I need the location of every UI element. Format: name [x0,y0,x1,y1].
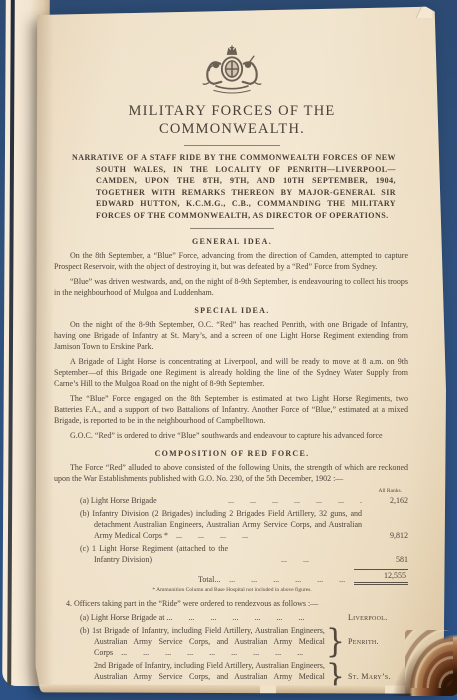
worn-corner [389,608,457,696]
page-corner-fold [406,6,432,18]
unit-label: (a) Light Horse Brigade [80,495,228,506]
narrative-summary: NARRATIVE OF A STAFF RIDE BY THE COMMONW… [72,152,396,221]
special-idea-paragraph: A Brigade of Light Horse is concentratin… [54,356,408,389]
table-row: (a) Light Horse Brigade ... ... ... ... … [80,495,408,506]
table-footnote: * Ammunition Column and Base Hospital no… [54,587,410,594]
general-idea-paragraph: On the 8th September, a “Blue” Force, ad… [54,250,408,272]
general-idea-paragraph: “Blue” was driven westwards, and, on the… [54,276,408,298]
general-idea-heading: GENERAL IDEA. [54,236,410,247]
page-stack-edge [40,684,424,693]
unit-label: (b) Infantry Division (2 Brigades) inclu… [80,508,362,541]
special-idea-paragraph: G.O.C. “Red” is ordered to drive “Blue” … [54,430,408,441]
unit-strength: 9,812 [362,530,408,541]
special-idea-paragraph: On the night of the 8-9th September, O.C… [54,319,408,352]
document-title: MILITARY FORCES OF THE COMMONWEALTH. [54,102,410,138]
unit-strength: 2,162 [362,495,408,506]
composition-table: (a) Light Horse Brigade ... ... ... ... … [80,495,408,585]
total-label: Total... [198,574,220,585]
table-total-row: Total... ... ... ... ... ... ... 12,555 [80,569,408,585]
composition-intro: The Force “Red” alluded to above consist… [54,462,408,484]
list-item: (a) Light Horse Brigade at ... ... ... .… [80,612,408,623]
section-divider [190,228,274,229]
document-page: MILITARY FORCES OF THE COMMONWEALTH. NAR… [28,4,446,694]
table-row: (b) Infantry Division (2 Brigades) inclu… [80,508,408,541]
unit-label: (c) 1 Light Horse Regiment (attached to … [80,543,228,565]
unit-strength: 581 [362,554,408,565]
rendezvous-unit: (a) Light Horse Brigade at ... ... ... .… [80,612,348,623]
composition-heading: COMPOSITION OF RED FORCE. [54,448,410,459]
rendezvous-intro: 4. Officers taking part in the “Ride” we… [66,598,410,609]
royal-coat-of-arms-icon [200,42,264,96]
total-value: 12,555 [354,569,408,585]
column-header-all-ranks: All Ranks. [54,488,402,494]
list-item: (c) 1 Light Horse Regiment (attached to … [80,695,408,700]
dot-leaders: ... ... ... ... ... ... [220,574,354,585]
special-idea-heading: SPECIAL IDEA. [54,305,410,316]
list-item: (b) 1st Brigade of Infantry, including F… [80,625,408,658]
dot-leaders: ... ... ... ... ... ... ... [228,495,362,506]
title-divider [184,145,280,146]
brace-glyph: } [326,625,345,658]
special-idea-paragraph: The “Blue” Force engaged on the 8th Sept… [54,393,408,426]
rendezvous-unit: (c) 1 Light Horse Regiment (attached to … [80,695,348,700]
rendezvous-unit: (b) 1st Brigade of Infantry, including F… [80,625,325,658]
table-row: (c) 1 Light Horse Regiment (attached to … [80,543,408,565]
book-photo: MILITARY FORCES OF THE COMMONWEALTH. NAR… [0,0,457,700]
dot-leaders: ... ... [228,554,362,565]
